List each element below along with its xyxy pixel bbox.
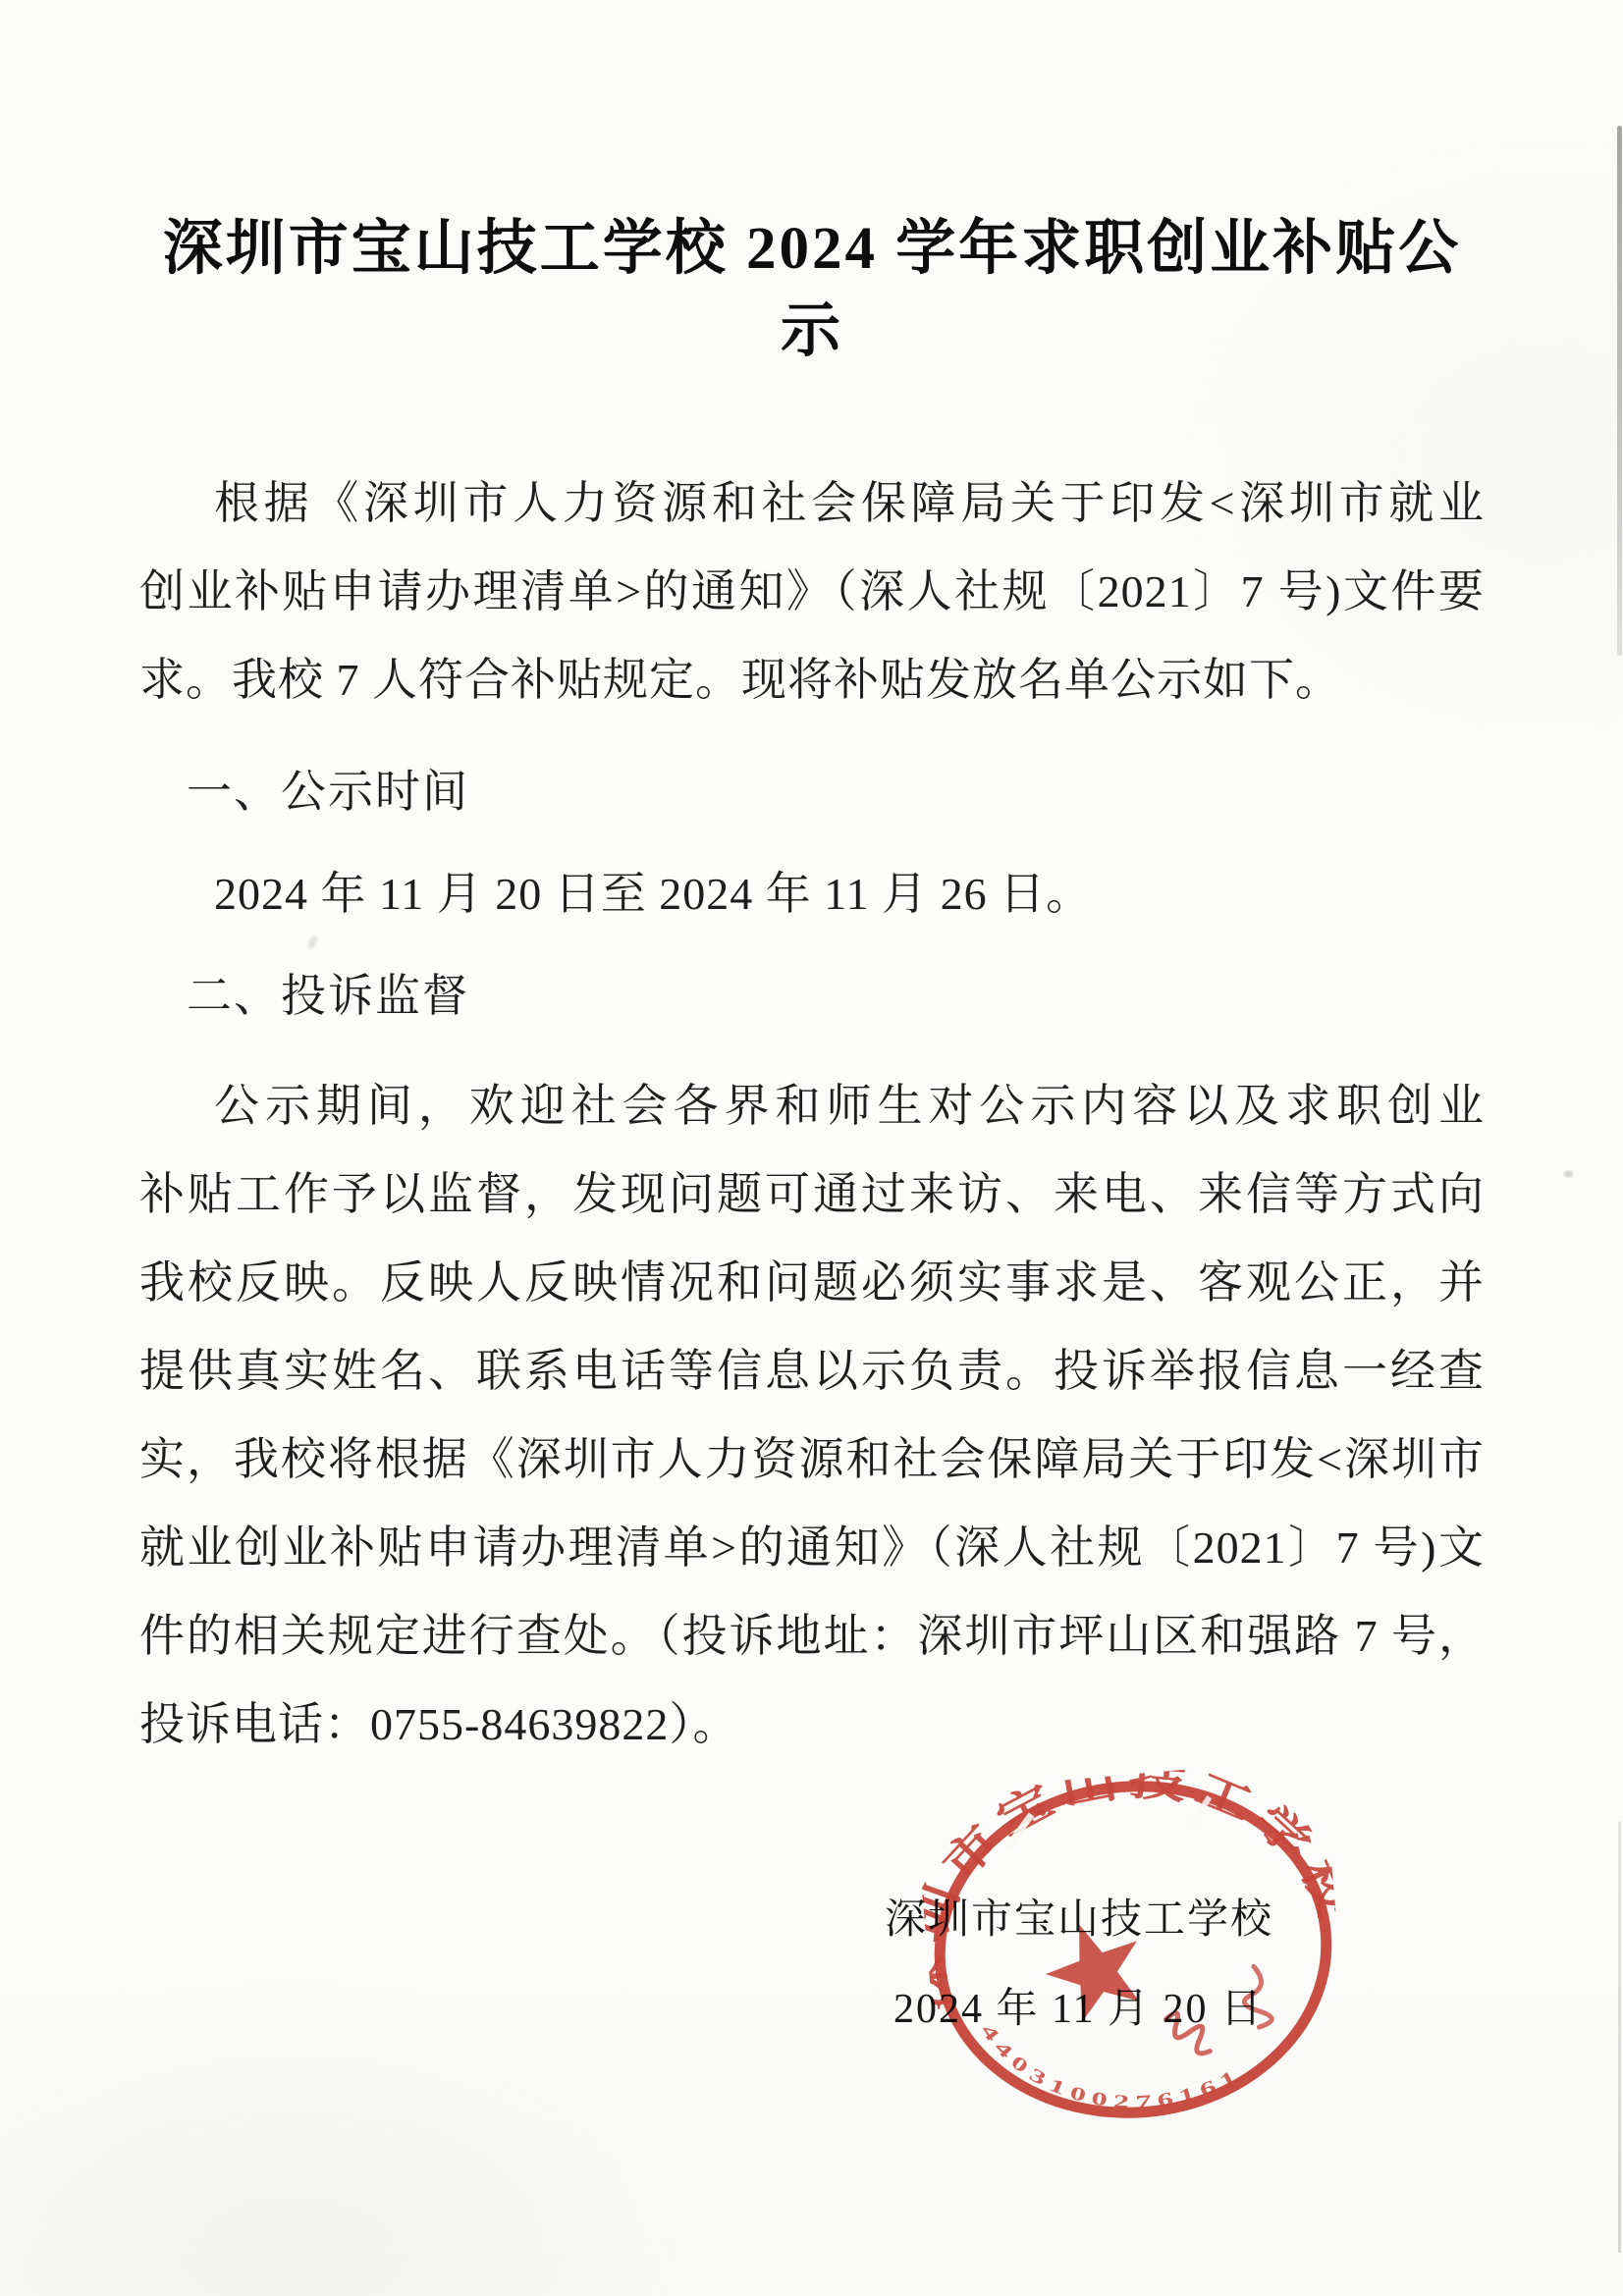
section1-heading-row: 一、公示时间 — [139, 748, 1485, 836]
scanned-notice-page: 深圳市宝山技工学校 2024 学年求职创业补贴公示 根据《深圳市人力资源和社会保… — [0, 0, 1623, 2296]
intro-paragraph: 根据《深圳市人力资源和社会保障局关于印发<深圳市就业 创业补贴申请办理清单>的通… — [139, 459, 1485, 724]
title-line-1: 深圳市宝山技工学校 2024 学年求职创业补贴公 — [163, 216, 1462, 282]
seal-ink-scribble — [1241, 1965, 1272, 2028]
page-title: 深圳市宝山技工学校 2024 学年求职创业补贴公示 — [139, 208, 1485, 373]
intro-line: 求。我校 7 人符合补贴规定。现将补贴发放名单公示如下。 — [139, 636, 1485, 724]
intro-line: 根据《深圳市人力资源和社会保障局关于印发<深圳市就业 — [139, 459, 1485, 548]
seal-serial-number: 4403100276161 — [976, 2000, 1248, 2127]
title-line-2: 示 — [781, 298, 843, 364]
official-seal: 深圳市宝山技工学校 4403100276161 — [913, 1757, 1352, 2141]
supervision-paragraph: 公示期间，欢迎社会各界和师生对公示内容以及求职创业 补贴工作予以监督，发现问题可… — [139, 1062, 1485, 1769]
scan-smudge — [1563, 1170, 1574, 1178]
supervision-line: 就业创业补贴申请办理清单>的通知》（深人社规〔2021〕7 号)文 — [139, 1504, 1485, 1592]
scan-edge-artifact — [1618, 1821, 1621, 2253]
seal-ink-scribble — [1165, 2010, 1211, 2056]
intro-line: 创业补贴申请办理清单>的通知》（深人社规〔2021〕7 号)文件要 — [139, 548, 1485, 636]
section2-heading: 二、投诉监督 — [139, 952, 1485, 1041]
supervision-line: 实，我校将根据《深圳市人力资源和社会保障局关于印发<深圳市 — [139, 1415, 1485, 1504]
document-body: 深圳市宝山技工学校 2024 学年求职创业补贴公示 根据《深圳市人力资源和社会保… — [139, 0, 1485, 1769]
supervision-line: 我校反映。反映人反映情况和问题必须实事求是、客观公正，并 — [139, 1239, 1485, 1327]
seal-arc-text: 深圳市宝山技工学校 — [913, 1757, 1352, 2014]
supervision-line: 提供真实姓名、联系电话等信息以示负责。投诉举报信息一经查 — [139, 1327, 1485, 1415]
scan-edge-artifact — [1617, 126, 1622, 656]
supervision-line: 公示期间，欢迎社会各界和师生对公示内容以及求职创业 — [139, 1062, 1485, 1150]
supervision-line: 投诉电话：0755-84639822）。 — [139, 1681, 1485, 1769]
section2-heading-row: 二、投诉监督 — [139, 952, 1485, 1041]
supervision-line: 件的相关规定进行查处。（投诉地址：深圳市坪山区和强路 7 号， — [139, 1592, 1485, 1681]
supervision-line: 补贴工作予以监督，发现问题可通过来访、来电、来信等方式向 — [139, 1150, 1485, 1239]
section1-heading: 一、公示时间 — [139, 748, 1485, 836]
publicity-period: 2024 年 11 月 20 日至 2024 年 11 月 26 日。 — [139, 850, 1485, 938]
seal-star-icon — [1042, 1920, 1144, 2025]
